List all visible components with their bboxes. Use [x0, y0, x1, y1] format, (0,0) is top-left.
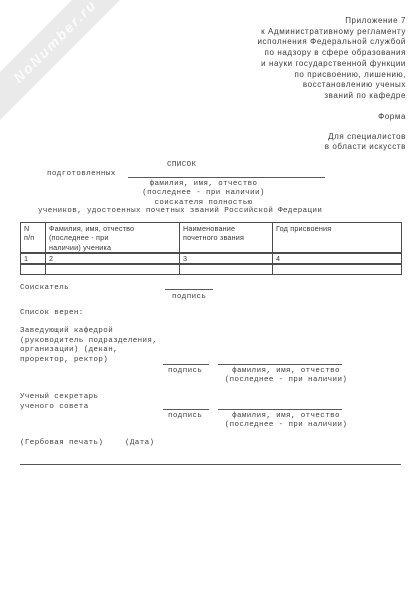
department-head-label: Заведующий кафедрой (руководитель подраз…: [20, 327, 157, 365]
honors-table: N п/п Фамилия, имя, отчество (последнее …: [20, 222, 402, 275]
table-header-row: N п/п Фамилия, имя, отчество (последнее …: [21, 223, 402, 254]
list-correct-label: Список верен:: [20, 309, 84, 318]
column-number-1: 1: [21, 253, 46, 264]
applicant-signature-line: [165, 289, 213, 290]
header-cell-title-text: Наименование почетного звания: [183, 224, 270, 243]
form-label: Форма: [378, 112, 406, 122]
document-page: NoNumber.ru Приложение 7 к Административ…: [0, 0, 420, 600]
footer-rule: [20, 464, 401, 465]
audience-note: Для специалистов в области искусств: [325, 132, 406, 152]
appendix-reference: Приложение 7 к Административному регламе…: [257, 16, 406, 102]
header-cell-year-text: Год присвоения: [276, 224, 399, 233]
header-cell-title: Наименование почетного звания: [180, 223, 273, 254]
empty-data-row: [21, 264, 402, 275]
watermark-text: NoNumber.ru: [10, 0, 100, 86]
secretary-label: Ученый секретарь ученого совета: [20, 392, 98, 412]
applicant-label: Соискатель: [20, 284, 69, 293]
secretary-name-line: [218, 409, 342, 410]
header-cell-name-text: Фамилия, имя, отчество (последнее - при …: [49, 224, 177, 252]
secretary-signature-line: [163, 409, 209, 410]
secretary-signature-caption: подпись: [168, 412, 202, 421]
column-number-3: 3: [180, 253, 273, 264]
header-cell-npp-text: N п/п: [24, 224, 43, 243]
empty-cell-npp: [21, 264, 46, 275]
list-title: СПИСОК: [167, 161, 196, 170]
head-name-caption: фамилия, имя, отчество (последнее - при …: [222, 367, 350, 386]
header-cell-year: Год присвоения: [273, 223, 402, 254]
column-number-4: 4: [273, 253, 402, 264]
header-cell-name: Фамилия, имя, отчество (последнее - при …: [46, 223, 180, 254]
header-cell-npp: N п/п: [21, 223, 46, 254]
watermark-band: NoNumber.ru: [0, 0, 145, 131]
head-signature-line: [163, 364, 209, 365]
column-number-2: 2: [46, 253, 180, 264]
date-label: (Дата): [125, 439, 154, 448]
empty-cell-name: [46, 264, 180, 275]
seal-label: (Гербовая печать): [20, 439, 103, 448]
blank-line-caption: фамилия, имя, отчество (последнее - при …: [20, 180, 387, 208]
empty-cell-title: [180, 264, 273, 275]
applicant-name-blank-line: [128, 177, 325, 178]
empty-cell-year: [273, 264, 402, 275]
applicant-signature-caption: подпись: [172, 293, 206, 302]
secretary-name-caption: фамилия, имя, отчество (последнее - при …: [222, 412, 350, 431]
list-subtitle: учеников, удостоенных почетных званий Ро…: [38, 207, 322, 216]
column-number-row: 1 2 3 4: [21, 253, 402, 264]
head-name-line: [218, 364, 342, 365]
prepared-label: подготовленных: [47, 170, 116, 179]
head-signature-caption: подпись: [168, 367, 202, 376]
